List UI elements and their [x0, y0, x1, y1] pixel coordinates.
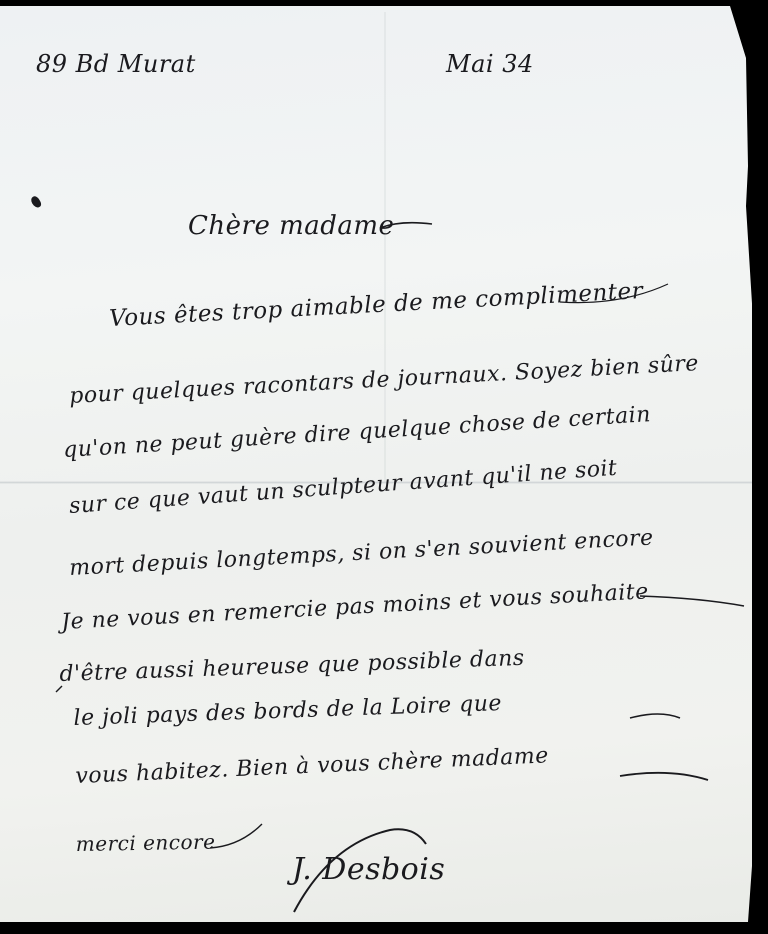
body-line-3: qu'on ne peut guère dire quelque chose d… — [62, 402, 651, 463]
letter-date: Mai 34 — [446, 50, 534, 78]
body-line-5: mort depuis longtemps, si on s'en souvie… — [69, 525, 654, 581]
body-line-8: le joli pays des bords de la Loire que — [73, 691, 502, 731]
ink-blot — [30, 195, 43, 209]
sender-address: 89 Bd Murat — [36, 50, 196, 78]
body-line-4: sur ce que vaut un sculpteur avant qu'il… — [68, 456, 618, 519]
salutation: Chère madame — [188, 211, 394, 241]
body-line-9: vous habitez. Bien à vous chère madame — [75, 743, 549, 789]
closing-line: merci encore — [76, 830, 216, 856]
signature: J. Desbois — [292, 852, 445, 887]
body-line-1: Vous êtes trop aimable de me complimente… — [109, 278, 644, 332]
body-line-7: d'être aussi heureuse que possible dans — [59, 646, 525, 687]
letter-scan: 89 Bd Murat Mai 34 Chère madame Vous ête… — [0, 0, 768, 934]
body-line-6: Je ne vous en remercie pas moins et vous… — [61, 579, 650, 635]
paper-sheet: 89 Bd Murat Mai 34 Chère madame Vous ête… — [0, 6, 752, 922]
vertical-fold-line — [384, 12, 386, 482]
